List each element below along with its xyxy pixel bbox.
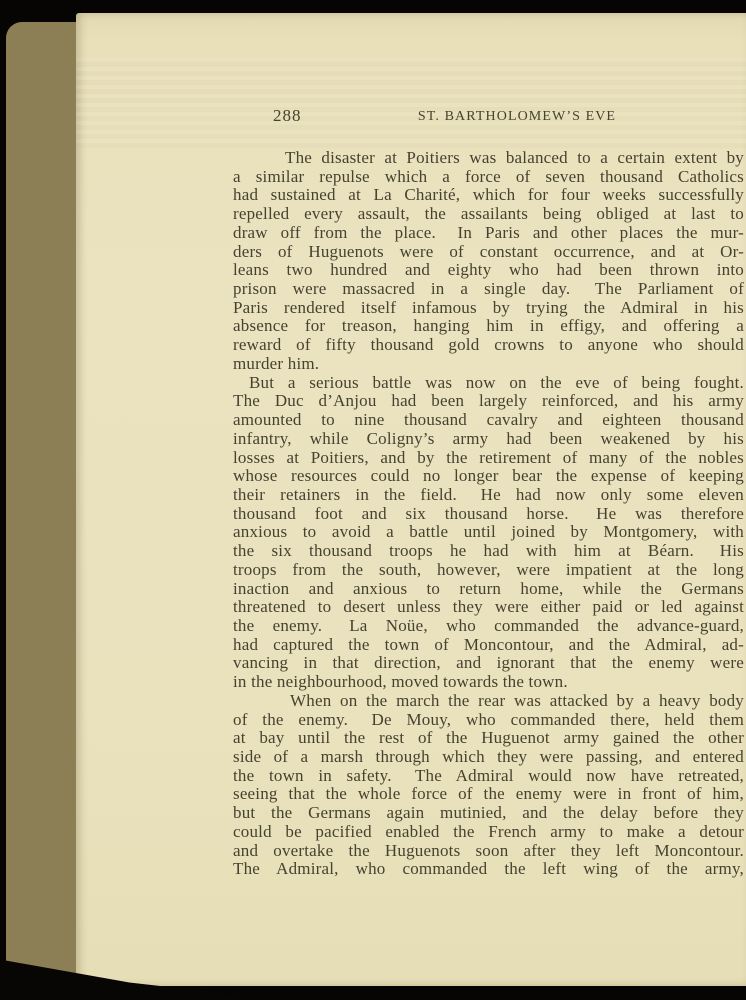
text-line: murder him.	[233, 355, 744, 374]
text-line: of the enemy. De Mouy, who commanded the…	[233, 711, 744, 730]
text-block: The disaster at Poitiers was balanced to…	[233, 149, 744, 879]
book-scan: 288 ST. BARTHOLOMEW’S EVE The disaster a…	[0, 0, 746, 1000]
text-line: their retainers in the field. He had now…	[233, 486, 744, 505]
text-line: threatened to desert unless they were ei…	[233, 598, 744, 617]
text-line: whose resources could no longer bear the…	[233, 467, 744, 486]
text-line: The Duc d’Anjou had been largely reinfor…	[233, 392, 744, 411]
text-line: absence for treason, hanging him in effi…	[233, 317, 744, 336]
text-line: the town in safety. The Admiral would no…	[233, 767, 744, 786]
text-line: losses at Poitiers, and by the retiremen…	[233, 449, 744, 468]
text-line: in the neighbourhood, moved towards the …	[233, 673, 744, 692]
text-line: the six thousand troops he had with him …	[233, 542, 744, 561]
text-line: inaction and anxious to return home, whi…	[233, 580, 744, 599]
text-line: the enemy. La Noüe, who commanded the ad…	[233, 617, 744, 636]
text-line: The Admiral, who commanded the left wing…	[233, 860, 744, 879]
text-line: and overtake the Huguenots soon after th…	[233, 842, 744, 861]
running-header: ST. BARTHOLOMEW’S EVE	[418, 109, 616, 125]
text-line: but the Germans again mutinied, and the …	[233, 804, 744, 823]
text-line: anxious to avoid a battle until joined b…	[233, 523, 744, 542]
text-line: ders of Huguenots were of constant occur…	[233, 243, 744, 262]
page-number: 288	[273, 106, 302, 126]
text-line: The disaster at Poitiers was balanced to…	[233, 149, 744, 168]
text-line: reward of fifty thousand gold crowns to …	[233, 336, 744, 355]
text-line: at bay until the rest of the Huguenot ar…	[233, 729, 744, 748]
text-line: prison were massacred in a single day. T…	[233, 280, 744, 299]
text-line: amounted to nine thousand cavalry and ei…	[233, 411, 744, 430]
text-line: When on the march the rear was attacked …	[233, 692, 744, 711]
text-line: But a serious battle was now on the eve …	[233, 374, 744, 393]
text-line: could be pacified enabled the French arm…	[233, 823, 744, 842]
text-line: Paris rendered itself infamous by trying…	[233, 299, 744, 318]
text-line: had captured the town of Moncontour, and…	[233, 636, 744, 655]
text-line: draw off from the place. In Paris and ot…	[233, 224, 744, 243]
text-line: seeing that the whole force of the enemy…	[233, 785, 744, 804]
text-line: troops from the south, however, were imp…	[233, 561, 744, 580]
text-line: leans two hundred and eighty who had bee…	[233, 261, 744, 280]
text-line: had sustained at La Charité, which for f…	[233, 186, 744, 205]
text-line: repelled every assault, the assailants b…	[233, 205, 744, 224]
book-page: 288 ST. BARTHOLOMEW’S EVE The disaster a…	[76, 13, 746, 986]
text-line: thousand foot and six thousand horse. He…	[233, 505, 744, 524]
text-line: infantry, while Coligny’s army had been …	[233, 430, 744, 449]
text-line: vancing in that direction, and ignorant …	[233, 654, 744, 673]
text-line: side of a marsh through which they were …	[233, 748, 744, 767]
text-line: a similar repulse which a force of seven…	[233, 168, 744, 187]
scan-artifact-band	[76, 58, 746, 148]
page-edges-texture	[6, 22, 80, 994]
